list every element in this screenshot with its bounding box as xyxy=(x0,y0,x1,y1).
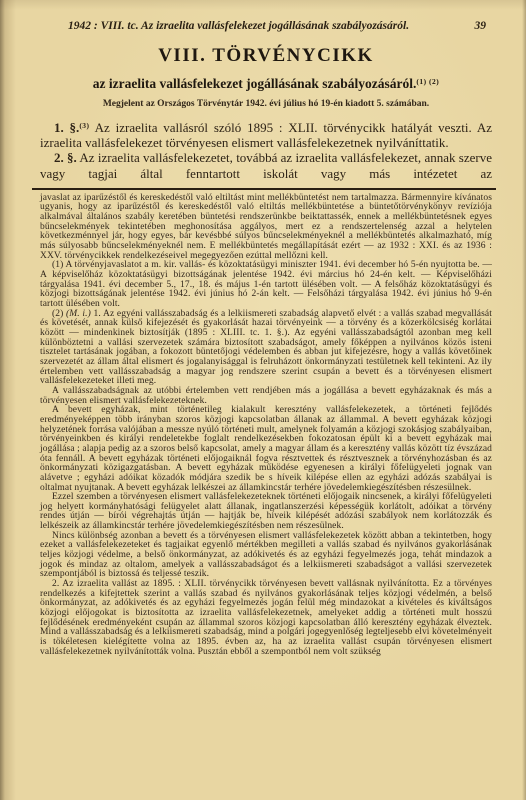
footnote-1-paragraph: (1) A törvényjavaslatot a m. kir. vallás… xyxy=(40,261,492,309)
footnote-paragraph-bevett-egyhazak: A bevett egyházak, mint történetileg kia… xyxy=(40,406,492,493)
footnote-2-paragraph: (2) (M. i.) 1. Az egyéni vallásszabadság… xyxy=(40,310,492,387)
law-subtitle-text: az izraelita vallásfelekezet jogállásána… xyxy=(93,76,417,91)
article-2-text: Az izraelita vallásfelekezetet, továbbá … xyxy=(40,150,492,180)
running-header: 1942 : VIII. tc. Az izraelita vallásfele… xyxy=(40,20,492,32)
article-2-number: 2. §. xyxy=(54,150,77,165)
law-title: VIII. TÖRVÉNYCIKK xyxy=(40,45,492,67)
law-body: 1. §.(3) Az izraelita vallásról szóló 18… xyxy=(40,118,492,181)
article-1-footnote-ref: (3) xyxy=(79,121,89,130)
imprint-line: Megjelent az Országos Törvénytár 1942. é… xyxy=(40,99,492,109)
footnote-paragraph-izraelita-vallas: 2. Az izraelita vallást az 1895. : XLII.… xyxy=(40,580,492,657)
subtitle-footnote-refs: (1) (2) xyxy=(416,77,439,86)
article-1-paragraph: 1. §.(3) Az izraelita vallásról szóló 18… xyxy=(40,118,492,150)
article-2-paragraph: 2. §. Az izraelita vallásfelekezetet, to… xyxy=(40,150,492,180)
footnote-continuation-paragraph: javaslat az iparűzéstől és kereskedéstől… xyxy=(40,194,492,262)
law-subtitle: az izraelita vallásfelekezet jogállásána… xyxy=(40,76,492,92)
article-1-number: 1. §. xyxy=(54,120,79,135)
footnote-paragraph-ezzel-szemben: Ezzel szemben a törvényesen elismert val… xyxy=(40,493,492,532)
footnote-divider xyxy=(32,188,496,190)
footnote-paragraph-vallasszabadsag: A vallásszabadságnak az utóbbi értelembe… xyxy=(40,387,492,406)
footnote-block: javaslat az iparűzéstől és kereskedéstől… xyxy=(40,194,492,658)
page-number: 39 xyxy=(475,20,487,32)
footnote-2-text: 1. Az egyéni vallásszabadság és a lelkii… xyxy=(40,309,492,387)
scanned-law-page: 1942 : VIII. tc. Az izraelita vallásfele… xyxy=(0,0,526,800)
article-1-text: Az izraelita vallásról szóló 1895 : XLII… xyxy=(40,120,492,150)
footnote-paragraph-nincs-kulonbseg: Nincs különbség azonban a bevett és a tö… xyxy=(40,532,492,580)
running-header-title: 1942 : VIII. tc. Az izraelita vallásfele… xyxy=(68,20,409,32)
